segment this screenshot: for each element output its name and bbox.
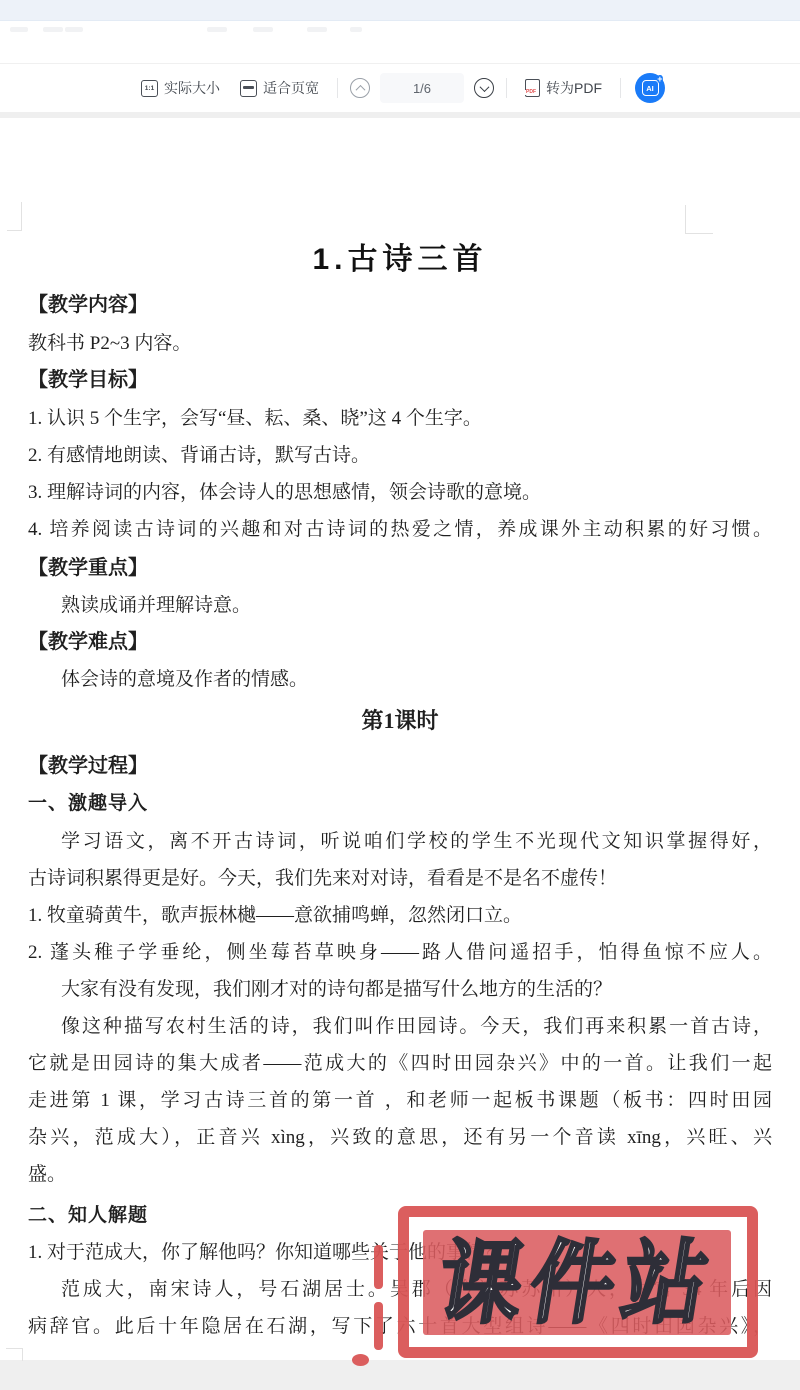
- doc-line: 1. 认识 5 个生字，会写“昼、耘、桑、晓”这 4 个生字。: [28, 400, 772, 437]
- convert-to-pdf-button[interactable]: PDF 转为PDF: [519, 74, 608, 102]
- stamp-ink-blob: [374, 1245, 383, 1289]
- header-ghost-row: [0, 21, 800, 63]
- doc-line: 杂兴，范成大），正音兴 xìng，兴致的意思，还有另一个音读 xīng，兴旺、兴: [28, 1119, 772, 1156]
- page-margin-corner-icon: [7, 202, 22, 231]
- window-top-strip: [0, 0, 800, 21]
- doc-heading: 【教学难点】: [28, 624, 772, 661]
- ghost-bar: [307, 27, 327, 32]
- doc-line: 学习语文，离不开古诗词，听说咱们学校的学生不光现代文知识掌握得好，: [28, 823, 772, 860]
- watermark-stamp-fill: 课件站: [423, 1230, 731, 1335]
- fit-width-label: 适合页宽: [263, 78, 319, 98]
- doc-line: 熟读成诵并理解诗意。: [28, 587, 772, 624]
- pdf-document-icon: PDF: [525, 79, 540, 97]
- page-indicator[interactable]: 1/6: [380, 73, 464, 103]
- ai-icon: AI: [642, 80, 659, 96]
- doc-heading: 【教学目标】: [28, 362, 772, 399]
- document-canvas[interactable]: 1.古诗三首 【教学内容】 教科书 P2~3 内容。 【教学目标】 1. 认识 …: [0, 112, 800, 1390]
- doc-line: 2. 蓬头稚子学垂纶，侧坐莓苔草映身——路人借问遥招手，怕得鱼惊不应人。: [28, 934, 772, 971]
- doc-line: 1. 牧童骑黄牛，歌声振林樾——意欲捕鸣蝉，忽然闭口立。: [28, 897, 772, 934]
- toolbar-divider: [506, 78, 507, 98]
- ghost-bar: [253, 27, 273, 32]
- doc-line: 它就是田园诗的集大成者——范成大的《四时田园杂兴》中的一首。让我们一起: [28, 1045, 772, 1082]
- next-page-button[interactable]: [474, 78, 494, 98]
- doc-line: 古诗词积累得更是好。今天，我们先来对对诗，看看是不是名不虚传！: [28, 860, 772, 897]
- ghost-bar: [65, 27, 83, 32]
- document-page: 1.古诗三首 【教学内容】 教科书 P2~3 内容。 【教学目标】 1. 认识 …: [0, 118, 800, 1360]
- doc-line: 2. 有感情地朗读、背诵古诗，默写古诗。: [28, 437, 772, 474]
- chevron-down-icon: [479, 82, 489, 92]
- ghost-bar: [10, 27, 28, 32]
- ai-assistant-button[interactable]: AI: [635, 73, 665, 103]
- ghost-bar: [350, 27, 362, 32]
- ghost-bar: [207, 27, 227, 32]
- pdf-badge: PDF: [525, 90, 537, 95]
- viewer-toolbar: 1:1 实际大小 适合页宽 1/6 PDF 转为PDF AI: [0, 63, 800, 113]
- doc-subheading: 一、激趣导入: [28, 785, 772, 822]
- stamp-ink-blob: [352, 1354, 369, 1366]
- fit-width-button[interactable]: 适合页宽: [234, 74, 325, 102]
- doc-title: 1.古诗三首: [28, 238, 772, 282]
- fit-width-icon: [240, 80, 257, 97]
- page-margin-corner-icon: [685, 205, 713, 234]
- doc-line: 体会诗的意境及作者的情感。: [28, 661, 772, 698]
- stamp-ink-blob: [374, 1302, 383, 1350]
- doc-line: 4. 培养阅读古诗词的兴趣和对古诗词的热爱之情，养成课外主动积累的好习惯。: [28, 511, 772, 548]
- convert-to-pdf-label: 转为PDF: [546, 78, 602, 98]
- doc-heading: 【教学内容】: [28, 287, 772, 324]
- doc-chapter-heading: 第1课时: [28, 701, 772, 741]
- previous-page-button[interactable]: [350, 78, 370, 98]
- doc-heading: 【教学重点】: [28, 550, 772, 587]
- doc-heading: 【教学过程】: [28, 748, 772, 785]
- actual-size-label: 实际大小: [164, 78, 220, 98]
- doc-line: 教科书 P2~3 内容。: [28, 325, 772, 362]
- chevron-up-icon: [355, 84, 365, 94]
- doc-line: 走进第 1 课，学习古诗三首的第一首 ，和老师一起板书课题（板书：四时田园: [28, 1082, 772, 1119]
- doc-line: 像这种描写农村生活的诗，我们叫作田园诗。今天，我们再来积累一首古诗，: [28, 1008, 772, 1045]
- watermark-stamp: 课件站: [398, 1206, 758, 1358]
- actual-size-icon: 1:1: [141, 80, 158, 97]
- doc-line: 盛。: [28, 1156, 772, 1193]
- toolbar-divider: [337, 78, 338, 98]
- ghost-bar: [43, 27, 63, 32]
- doc-line: 大家有没有发现，我们刚才对的诗句都是描写什么地方的生活的？: [28, 971, 772, 1008]
- page-margin-corner-icon: [6, 1348, 23, 1361]
- doc-line: 3. 理解诗词的内容，体会诗人的思想感情，领会诗歌的意境。: [28, 474, 772, 511]
- toolbar-divider: [620, 78, 621, 98]
- actual-size-button[interactable]: 1:1 实际大小: [135, 74, 226, 102]
- watermark-stamp-text: 课件站: [432, 1237, 722, 1328]
